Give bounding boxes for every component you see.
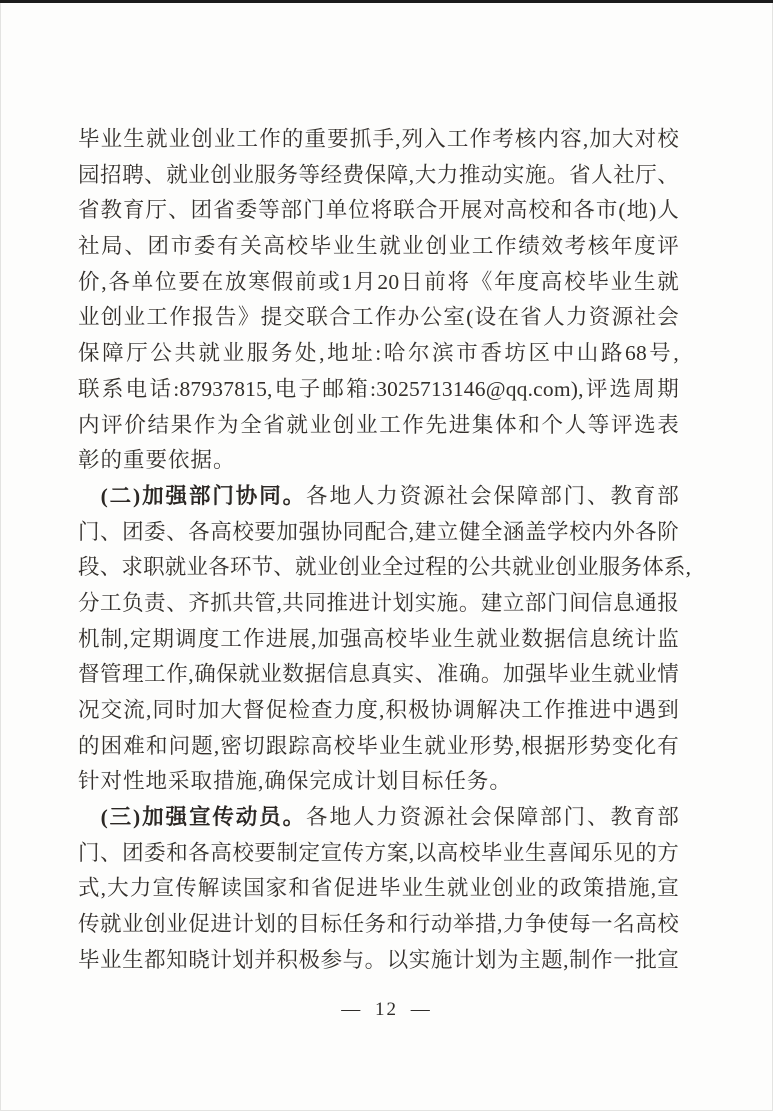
text-line: 价,各单位要在放寒假前或1月20日前将《年度高校毕业生就 (78, 265, 679, 301)
line-text: 毕业生都知晓计划并积极参与。以实施计划为主题,制作一批宣 (78, 948, 679, 972)
text-line: 的困难和问题,密切跟踪高校毕业生就业形势,根据形势变化有 (78, 729, 679, 765)
text-line: 内评价结果作为全省就业创业工作先进集体和个人等评选表 (78, 408, 679, 444)
line-text: 的困难和问题,密切跟踪高校毕业生就业形势,根据形势变化有 (78, 734, 679, 758)
text-line: 门、团委和各高校要制定宣传方案,以高校毕业生喜闻乐见的方 (78, 836, 679, 872)
text-line: 省教育厅、团省委等部门单位将联合开展对高校和各市(地)人 (78, 193, 679, 229)
line-text: 分工负责、齐抓共管,共同推进计划实施。建立部门间信息通报 (78, 591, 679, 615)
text-line: 分工负责、齐抓共管,共同推进计划实施。建立部门间信息通报 (78, 586, 679, 622)
text-line: 毕业生都知晓计划并积极参与。以实施计划为主题,制作一批宣 (78, 943, 679, 979)
text-line: 况交流,同时加大督促检查力度,积极协调解决工作推进中遇到 (78, 693, 679, 729)
line-text: 内评价结果作为全省就业创业工作先进集体和个人等评选表 (78, 413, 679, 437)
document-page: 毕业生就业创业工作的重要抓手,列入工作考核内容,加大对校 园招聘、就业创业服务等… (0, 0, 773, 1111)
text-line-section-heading: (二)加强部门协同。各地人力资源社会保障部门、教育部 (78, 479, 679, 515)
line-text: 毕业生就业创业工作的重要抓手,列入工作考核内容,加大对校 (78, 127, 679, 151)
text-line-paragraph-end: 针对性地采取措施,确保完成计划目标任务。 (78, 764, 679, 800)
line-text: 针对性地采取措施,确保完成计划目标任务。 (78, 769, 512, 793)
line-text: 社局、团市委有关高校毕业生就业创业工作绩效考核年度评 (78, 234, 679, 258)
text-line: 段、求职就业各环节、就业创业全过程的公共就业创业服务体系, (78, 550, 679, 586)
line-text: 门、团委和各高校要制定宣传方案,以高校毕业生喜闻乐见的方 (78, 841, 679, 865)
text-line: 毕业生就业创业工作的重要抓手,列入工作考核内容,加大对校 (78, 122, 679, 158)
line-text: 督管理工作,确保就业数据信息真实、准确。加强毕业生就业情 (78, 662, 679, 686)
line-text: 段、求职就业各环节、就业创业全过程的公共就业创业服务体系, (78, 555, 691, 579)
text-line: 门、团委、各高校要加强协同配合,建立健全涵盖学校内外各阶 (78, 515, 679, 551)
section-heading-bold: (三)加强宣传动员。 (101, 805, 306, 829)
line-text: 保障厅公共就业服务处,地址:哈尔滨市香坊区中山路68号, (78, 341, 679, 365)
text-line: 社局、团市委有关高校毕业生就业创业工作绩效考核年度评 (78, 229, 679, 265)
line-text: 各地人力资源社会保障部门、教育部 (306, 805, 679, 829)
scan-edge-line (0, 0, 773, 3)
line-text: 彰的重要依据。 (78, 448, 236, 472)
line-text: 门、团委、各高校要加强协同配合,建立健全涵盖学校内外各阶 (78, 520, 679, 544)
text-line: 机制,定期调度工作进展,加强高校毕业生就业数据信息统计监 (78, 622, 679, 658)
text-line: 督管理工作,确保就业数据信息真实、准确。加强毕业生就业情 (78, 657, 679, 693)
page-number: — 12 — (0, 998, 773, 1022)
text-line-paragraph-end: 彰的重要依据。 (78, 443, 679, 479)
text-line: 式,大力宣传解读国家和省促进毕业生就业创业的政策措施,宣 (78, 871, 679, 907)
line-text: 机制,定期调度工作进展,加强高校毕业生就业数据信息统计监 (78, 627, 679, 651)
line-text: 联系电话:87937815,电子邮箱:3025713146@qq.com),评选… (78, 377, 679, 401)
line-text: 省教育厅、团省委等部门单位将联合开展对高校和各市(地)人 (78, 198, 679, 222)
section-heading-bold: (二)加强部门协同。 (101, 484, 306, 508)
line-text: 况交流,同时加大督促检查力度,积极协调解决工作推进中遇到 (78, 698, 679, 722)
line-text: 传就业创业促进计划的目标任务和行动举措,力争使每一名高校 (78, 912, 679, 936)
line-text: 式,大力宣传解读国家和省促进毕业生就业创业的政策措施,宣 (78, 876, 679, 900)
line-text: 园招聘、就业创业服务等经费保障,大力推动实施。省人社厅、 (78, 163, 679, 187)
text-line: 联系电话:87937815,电子邮箱:3025713146@qq.com),评选… (78, 372, 679, 408)
line-text: 各地人力资源社会保障部门、教育部 (306, 484, 679, 508)
line-text: 价,各单位要在放寒假前或1月20日前将《年度高校毕业生就 (78, 270, 679, 294)
text-line: 业创业工作报告》提交联合工作办公室(设在省人力资源社会 (78, 300, 679, 336)
text-line: 传就业创业促进计划的目标任务和行动举措,力争使每一名高校 (78, 907, 679, 943)
text-line-section-heading: (三)加强宣传动员。各地人力资源社会保障部门、教育部 (78, 800, 679, 836)
text-line: 园招聘、就业创业服务等经费保障,大力推动实施。省人社厅、 (78, 158, 679, 194)
line-text: 业创业工作报告》提交联合工作办公室(设在省人力资源社会 (78, 305, 679, 329)
text-line: 保障厅公共就业服务处,地址:哈尔滨市香坊区中山路68号, (78, 336, 679, 372)
document-body: 毕业生就业创业工作的重要抓手,列入工作考核内容,加大对校 园招聘、就业创业服务等… (78, 122, 679, 979)
